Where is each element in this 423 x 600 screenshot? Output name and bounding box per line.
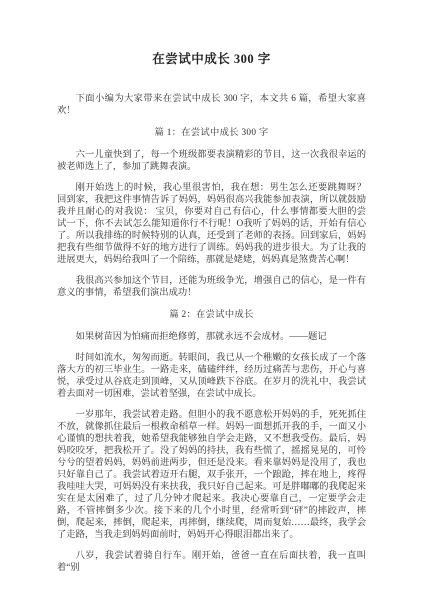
document-page: 在尝试中成长 300 字 下面小编为大家带来在尝试中成长 300 字，本文共 6… [0, 0, 423, 600]
document-title: 在尝试中成长 300 字 [57, 52, 366, 66]
paragraph: 一岁那年，我尝试着走路。但胆小的我不愿意松开妈妈的手，死死抓住不放，就像抓住最后… [57, 409, 366, 541]
paragraph: 刚开始选上的时候，我心里很害怕，我在想：男生怎么还要跳舞呀？ 回到家，我把这件事… [57, 182, 366, 266]
paragraph: 六一儿童快到了，每一个班级都要表演精彩的节目，这一次我很幸运的被老师选上了，参加… [57, 149, 366, 173]
paragraph: 我很高兴参加这个节目，还能为班级争光，增强自己的信心，是一件有意义的事情，希望我… [57, 275, 366, 299]
paragraph-epigraph: 如果树苗因为怕痛而拒绝修剪，那就永远不会成材。——题记 [57, 331, 366, 343]
section-2-heading: 篇 2：在尝试中成长 [57, 309, 366, 321]
section-1-heading: 篇 1：在尝试中成长 300 字 [57, 127, 366, 139]
paragraph: 时间如流水，匆匆而逝。转眼间，我已从一个稚嫩的女孩长成了一个落落大方的初三毕业生… [57, 352, 366, 400]
paragraph-truncated: 八岁，我尝试着骑自行车。刚开始，爸爸一直在后面扶着，我一直叫着“别 [57, 550, 366, 574]
intro-paragraph: 下面小编为大家带来在尝试中成长 300 字，本文共 6 篇，希望大家喜欢！ [57, 93, 366, 117]
